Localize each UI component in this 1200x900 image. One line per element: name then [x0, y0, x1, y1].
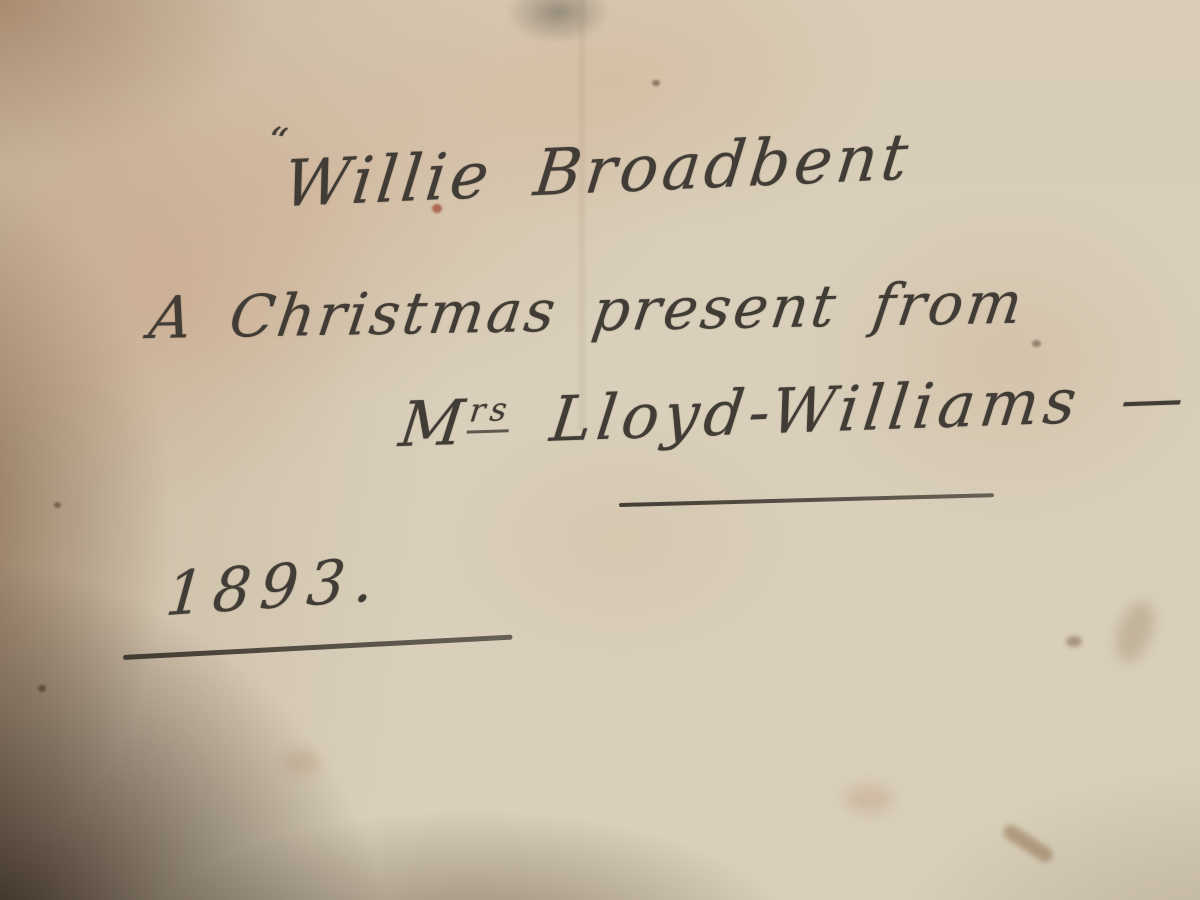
inscription-line-recipient: Willie Broadbent [280, 120, 916, 222]
fox-stain-spot [652, 80, 660, 86]
red-ink-spot [432, 204, 442, 213]
fox-stain-spot [1066, 636, 1082, 647]
inscription-line-occasion: A Christmas present from [145, 269, 1029, 352]
inscription-line-giver: Mrs Lloyd-Williams — [395, 360, 1193, 461]
giver-name: Lloyd-Williams — [506, 360, 1193, 457]
inscription-line-year: 1893. [163, 545, 385, 631]
giver-title-initial: M [395, 385, 472, 461]
book-inscription-photo: “ Willie Broadbent A Christmas present f… [0, 0, 1200, 900]
giver-title-superscript: rs [467, 390, 514, 434]
fox-stain-patch [845, 785, 893, 813]
faint-smudge [1108, 596, 1162, 668]
fox-stain-spot [1032, 340, 1041, 347]
paper-crease [576, 0, 588, 430]
ink-underline-year [123, 635, 513, 660]
fox-stain-spot [54, 502, 61, 508]
fox-stain-spot [38, 685, 46, 692]
brown-smudge [1000, 822, 1055, 865]
ink-underline-giver-name [619, 493, 994, 507]
fox-stain-patch [282, 750, 320, 774]
